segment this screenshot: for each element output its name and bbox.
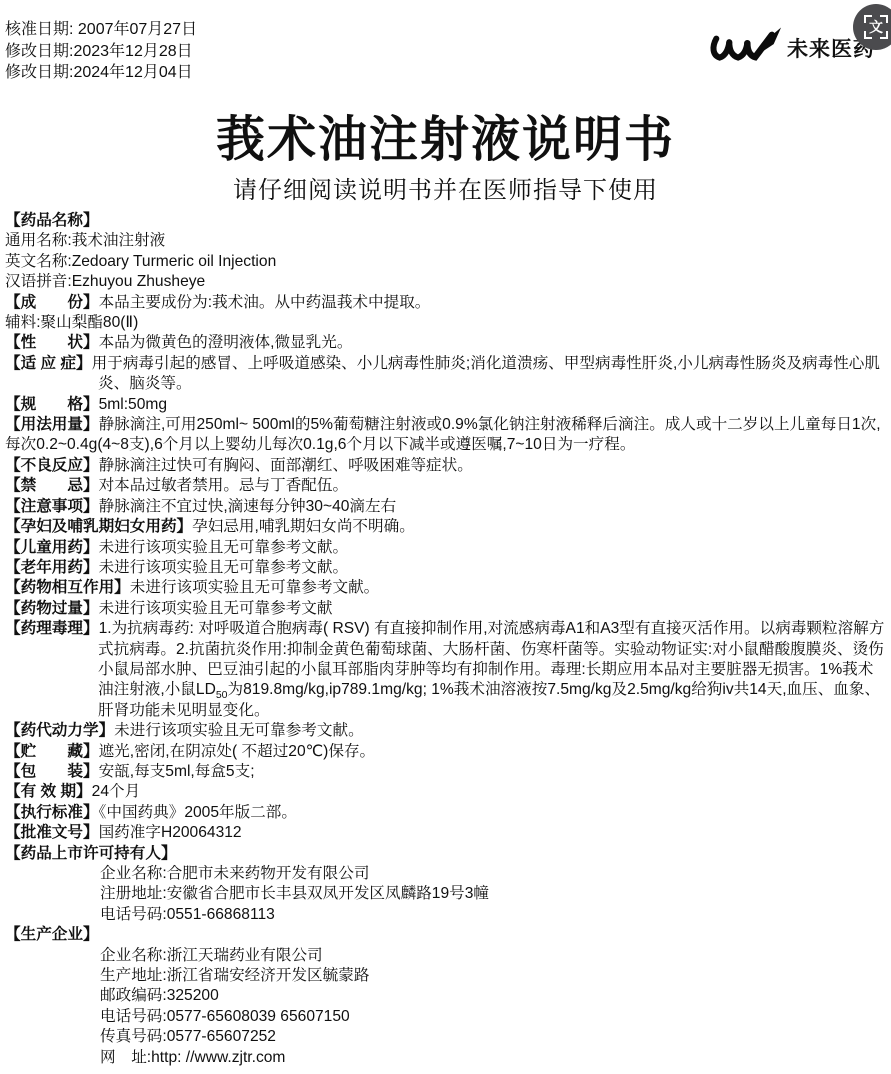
ld50-subscript: 50 xyxy=(216,689,228,701)
section-label: 【儿童用药】 xyxy=(5,539,99,556)
section-geriatric-use: 【老年用药】未进行该项实验且无可靠参考文献。 xyxy=(5,558,886,578)
section-label: 【适 应 症】 xyxy=(5,355,92,372)
section-text: 未进行该项实验且无可靠参考文献。 xyxy=(99,539,349,556)
section-label: 【老年用药】 xyxy=(5,559,99,576)
section-storage: 【贮 藏】遮光,密闭,在阴凉处( 不超过20℃)保存。 xyxy=(5,742,886,762)
section-label: 【药品上市许可持有人】 xyxy=(5,845,177,862)
section-pharmacokinetics: 【药代动力学】未进行该项实验且无可靠参考文献。 xyxy=(5,721,886,741)
section-label: 【禁 忌】 xyxy=(5,477,99,494)
section-pharmacology-toxicology: 【药理毒理】1.为抗病毒药: 对呼吸道合胞病毒( RSV) 有直接抑制作用,对流… xyxy=(5,619,886,721)
section-description: 【性 状】本品为微黄色的澄明液体,微显乳光。 xyxy=(5,333,886,353)
section-text: 静脉滴注过快可有胸闷、面部潮红、呼吸困难等症状。 xyxy=(99,457,473,474)
section-label: 【执行标准】 xyxy=(5,804,99,821)
section-manufacturer-label: 【生产企业】 xyxy=(5,925,886,945)
section-text: 对本品过敏者禁用。忌与丁香配伍。 xyxy=(99,477,349,494)
section-label: 【药理毒理】 xyxy=(5,620,99,637)
section-text: 未进行该项实验且无可靠参考文献。 xyxy=(130,579,380,596)
section-text: 本品主要成份为:莪术油。从中药温莪术中提取。 xyxy=(99,294,431,311)
translate-icon: 文 xyxy=(864,15,888,39)
page-subtitle: 请仔细阅读说明书并在医师指导下使用 xyxy=(0,174,891,208)
field-mah-name: 企业名称:合肥市未来药物开发有限公司 xyxy=(5,864,886,884)
section-text: 遮光,密闭,在阴凉处( 不超过20℃)保存。 xyxy=(99,743,376,760)
section-packaging: 【包 装】安瓿,每支5ml,每盒5支; xyxy=(5,762,886,782)
section-text: 静脉滴注,可用250ml~ 500ml的5%葡萄糖注射液或0.9%氯化钠注射液稀… xyxy=(5,416,881,453)
field-excipients: 辅料:聚山梨酯80(Ⅱ) xyxy=(5,313,886,333)
section-indications: 【适 应 症】用于病毒引起的感冒、上呼吸道感染、小儿病毒性肺炎;消化道溃疡、甲型… xyxy=(5,354,886,395)
section-overdose: 【药物过量】未进行该项实验且无可靠参考文献 xyxy=(5,599,886,619)
section-label: 【药品名称】 xyxy=(5,212,99,229)
field-text: 电话号码:0577-65608039 65607150 xyxy=(100,1008,350,1025)
section-text: 未进行该项实验且无可靠参考文献。 xyxy=(99,559,349,576)
field-pinyin-name: 汉语拼音:Ezhuyou Zhusheye xyxy=(5,272,886,292)
field-text: 邮政编码:325200 xyxy=(100,987,219,1004)
section-pediatric-use: 【儿童用药】未进行该项实验且无可靠参考文献。 xyxy=(5,538,886,558)
section-text: 未进行该项实验且无可靠参考文献 xyxy=(99,600,333,617)
section-label: 【包 装】 xyxy=(5,763,99,780)
section-label: 【有 效 期】 xyxy=(5,783,92,800)
page-title: 莪术油注射液说明书 xyxy=(0,108,891,172)
section-mah-label: 【药品上市许可持有人】 xyxy=(5,844,886,864)
section-label: 【规 格】 xyxy=(5,396,99,413)
section-label: 【不良反应】 xyxy=(5,457,99,474)
field-generic-name: 通用名称:莪术油注射液 xyxy=(5,231,886,251)
section-text: 5ml:50mg xyxy=(99,396,167,413)
field-text: 传真号码:0577-65607252 xyxy=(100,1028,276,1045)
section-label: 【用法用量】 xyxy=(5,416,99,433)
section-label: 【药物过量】 xyxy=(5,600,99,617)
field-text: 企业名称:浙江天瑞药业有限公司 xyxy=(100,947,323,964)
section-shelf-life: 【有 效 期】24个月 xyxy=(5,782,886,802)
section-text: 安瓿,每支5ml,每盒5支; xyxy=(99,763,255,780)
field-mah-address: 注册地址:安徽省合肥市长丰县双凤开发区凤麟路19号3幢 xyxy=(5,884,886,904)
section-approval-number: 【批准文号】国药准字H20064312 xyxy=(5,823,886,843)
field-manufacturer-phone: 电话号码:0577-65608039 65607150 xyxy=(5,1007,886,1027)
revision-dates: 核准日期: 2007年07月27日 修改日期:2023年12月28日 修改日期:… xyxy=(5,19,197,84)
revision-date-2: 修改日期:2024年12月04日 xyxy=(5,62,197,84)
section-text: 静脉滴注不宜过快,滴速每分钟30~40滴左右 xyxy=(99,498,397,515)
section-label: 【贮 藏】 xyxy=(5,743,99,760)
section-specification: 【规 格】5ml:50mg xyxy=(5,395,886,415)
section-label: 【注意事项】 xyxy=(5,498,99,515)
field-text: 网 址:http: //www.zjtr.com xyxy=(100,1049,285,1066)
section-text: 国药准字H20064312 xyxy=(99,824,242,841)
section-text: 本品为微黄色的澄明液体,微显乳光。 xyxy=(99,334,353,351)
field-text: 注册地址:安徽省合肥市长丰县双凤开发区凤麟路19号3幢 xyxy=(100,885,489,902)
company-logo: 未来医药 xyxy=(708,26,875,66)
field-text: 通用名称:莪术油注射液 xyxy=(5,232,165,249)
revision-date-1: 修改日期:2023年12月28日 xyxy=(5,41,197,63)
translate-badge-button[interactable]: 文 xyxy=(853,4,891,50)
section-pregnancy-use: 【孕妇及哺乳期妇女用药】孕妇忌用,哺乳期妇女尚不明确。 xyxy=(5,517,886,537)
section-contraindications: 【禁 忌】对本品过敏者禁用。忌与丁香配伍。 xyxy=(5,476,886,496)
section-drug-name-label: 【药品名称】 xyxy=(5,211,886,231)
section-dosage: 【用法用量】静脉滴注,可用250ml~ 500ml的5%葡萄糖注射液或0.9%氯… xyxy=(5,415,886,456)
section-text: 孕妇忌用,哺乳期妇女尚不明确。 xyxy=(192,518,415,535)
section-composition: 【成 份】本品主要成份为:莪术油。从中药温莪术中提取。 xyxy=(5,293,886,313)
section-precautions: 【注意事项】静脉滴注不宜过快,滴速每分钟30~40滴左右 xyxy=(5,497,886,517)
section-adverse-reactions: 【不良反应】静脉滴注过快可有胸闷、面部潮红、呼吸困难等症状。 xyxy=(5,456,886,476)
section-drug-interactions: 【药物相互作用】未进行该项实验且无可靠参考文献。 xyxy=(5,578,886,598)
section-label: 【生产企业】 xyxy=(5,926,99,943)
field-manufacturer-website: 网 址:http: //www.zjtr.com xyxy=(5,1048,886,1068)
approval-date: 核准日期: 2007年07月27日 xyxy=(5,19,197,41)
section-text: 《中国药典》2005年版二部。 xyxy=(99,804,297,821)
leaflet-body: 【药品名称】 通用名称:莪术油注射液 英文名称:Zedoary Turmeric… xyxy=(5,211,886,1068)
section-text: 24个月 xyxy=(92,783,141,800)
leaflet-main: 莪术油注射液说明书 请仔细阅读说明书并在医师指导下使用 【药品名称】 通用名称:… xyxy=(0,108,891,1068)
ribbon-w-logo-icon xyxy=(708,26,782,66)
field-text: 英文名称:Zedoary Turmeric oil Injection xyxy=(5,253,276,270)
field-english-name: 英文名称:Zedoary Turmeric oil Injection xyxy=(5,252,886,272)
section-label: 【批准文号】 xyxy=(5,824,99,841)
field-text: 企业名称:合肥市未来药物开发有限公司 xyxy=(100,865,369,882)
field-manufacturer-fax: 传真号码:0577-65607252 xyxy=(5,1027,886,1047)
field-manufacturer-name: 企业名称:浙江天瑞药业有限公司 xyxy=(5,946,886,966)
section-label: 【孕妇及哺乳期妇女用药】 xyxy=(5,518,192,535)
field-text: 辅料:聚山梨酯80(Ⅱ) xyxy=(5,314,138,331)
field-manufacturer-address: 生产地址:浙江省瑞安经济开发区毓蒙路 xyxy=(5,966,886,986)
section-label: 【成 份】 xyxy=(5,294,99,311)
section-standard: 【执行标准】《中国药典》2005年版二部。 xyxy=(5,803,886,823)
section-label: 【药物相互作用】 xyxy=(5,579,130,596)
field-manufacturer-postcode: 邮政编码:325200 xyxy=(5,986,886,1006)
field-mah-phone: 电话号码:0551-66868113 xyxy=(5,905,886,925)
field-text: 电话号码:0551-66868113 xyxy=(100,906,275,923)
drug-leaflet-page: 核准日期: 2007年07月27日 修改日期:2023年12月28日 修改日期:… xyxy=(0,0,891,1074)
field-text: 汉语拼音:Ezhuyou Zhusheye xyxy=(5,273,205,290)
section-text: 未进行该项实验且无可靠参考文献。 xyxy=(114,722,364,739)
section-text: 用于病毒引起的感冒、上呼吸道感染、小儿病毒性肺炎;消化道溃疡、甲型病毒性肝炎,小… xyxy=(92,355,880,392)
section-label: 【药代动力学】 xyxy=(5,722,114,739)
section-label: 【性 状】 xyxy=(5,334,99,351)
field-text: 生产地址:浙江省瑞安经济开发区毓蒙路 xyxy=(100,967,369,984)
